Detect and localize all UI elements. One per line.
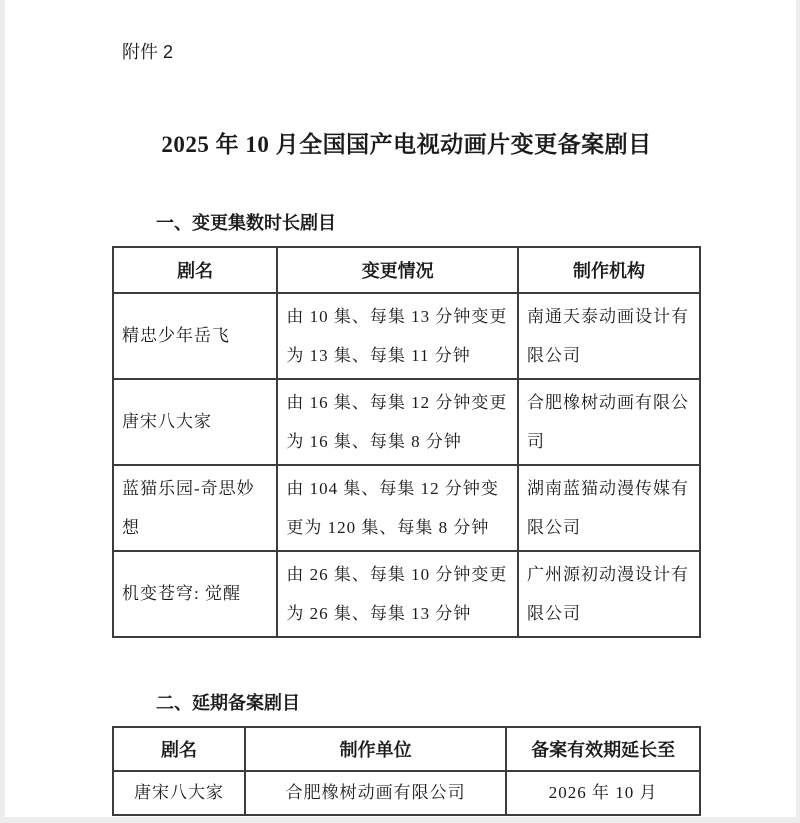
table-header-row: 剧名 制作单位 备案有效期延长至 — [113, 727, 700, 771]
section-heading-extension: 二、延期备案剧目 — [156, 692, 701, 714]
table-row: 唐宋八大家 合肥橡树动画有限公司 2026 年 10 月 — [113, 771, 700, 815]
column-header-change-detail: 变更情况 — [277, 247, 518, 293]
cell-production-unit: 合肥橡树动画有限公司 — [245, 771, 506, 815]
cell-title: 机变苍穹: 觉醒 — [113, 551, 277, 637]
cell-change-detail: 由 16 集、每集 12 分钟变更为 16 集、每集 8 分钟 — [277, 379, 518, 465]
cell-producer: 湖南蓝猫动漫传媒有限公司 — [518, 465, 700, 551]
section-heading-episode-changes: 一、变更集数时长剧目 — [156, 212, 701, 234]
document-content: 附件 2 2025 年 10 月全国国产电视动画片变更备案剧目 一、变更集数时长… — [112, 0, 701, 816]
attachment-label: 附件 2 — [122, 38, 701, 64]
column-header-title: 剧名 — [113, 247, 277, 293]
scan-edge-left — [0, 0, 5, 823]
document-page: { "colors": { "text": "#1b1b1b", "table_… — [0, 0, 800, 823]
episode-change-table: 剧名 变更情况 制作机构 精忠少年岳飞 由 10 集、每集 13 分钟变更为 1… — [112, 246, 701, 638]
column-header-producer: 制作机构 — [518, 247, 700, 293]
cell-title: 精忠少年岳飞 — [113, 293, 277, 379]
cell-change-detail: 由 26 集、每集 10 分钟变更为 26 集、每集 13 分钟 — [277, 551, 518, 637]
cell-producer: 南通天泰动画设计有限公司 — [518, 293, 700, 379]
column-header-extension-date: 备案有效期延长至 — [506, 727, 700, 771]
page-title: 2025 年 10 月全国国产电视动画片变更备案剧目 — [112, 130, 701, 160]
table-row: 唐宋八大家 由 16 集、每集 12 分钟变更为 16 集、每集 8 分钟 合肥… — [113, 379, 700, 465]
extension-table: 剧名 制作单位 备案有效期延长至 唐宋八大家 合肥橡树动画有限公司 2026 年… — [112, 726, 701, 816]
column-header-title: 剧名 — [113, 727, 245, 771]
cell-title: 唐宋八大家 — [113, 771, 245, 815]
cell-producer: 广州源初动漫设计有限公司 — [518, 551, 700, 637]
scan-edge-bottom — [0, 817, 800, 823]
cell-extension-date: 2026 年 10 月 — [506, 771, 700, 815]
table-row: 机变苍穹: 觉醒 由 26 集、每集 10 分钟变更为 26 集、每集 13 分… — [113, 551, 700, 637]
table-row: 精忠少年岳飞 由 10 集、每集 13 分钟变更为 13 集、每集 11 分钟 … — [113, 293, 700, 379]
column-header-production-unit: 制作单位 — [245, 727, 506, 771]
table-header-row: 剧名 变更情况 制作机构 — [113, 247, 700, 293]
cell-title: 唐宋八大家 — [113, 379, 277, 465]
cell-change-detail: 由 104 集、每集 12 分钟变更为 120 集、每集 8 分钟 — [277, 465, 518, 551]
cell-producer: 合肥橡树动画有限公司 — [518, 379, 700, 465]
table-row: 蓝猫乐园-奇思妙想 由 104 集、每集 12 分钟变更为 120 集、每集 8… — [113, 465, 700, 551]
cell-change-detail: 由 10 集、每集 13 分钟变更为 13 集、每集 11 分钟 — [277, 293, 518, 379]
scan-edge-right — [796, 0, 800, 823]
cell-title: 蓝猫乐园-奇思妙想 — [113, 465, 277, 551]
